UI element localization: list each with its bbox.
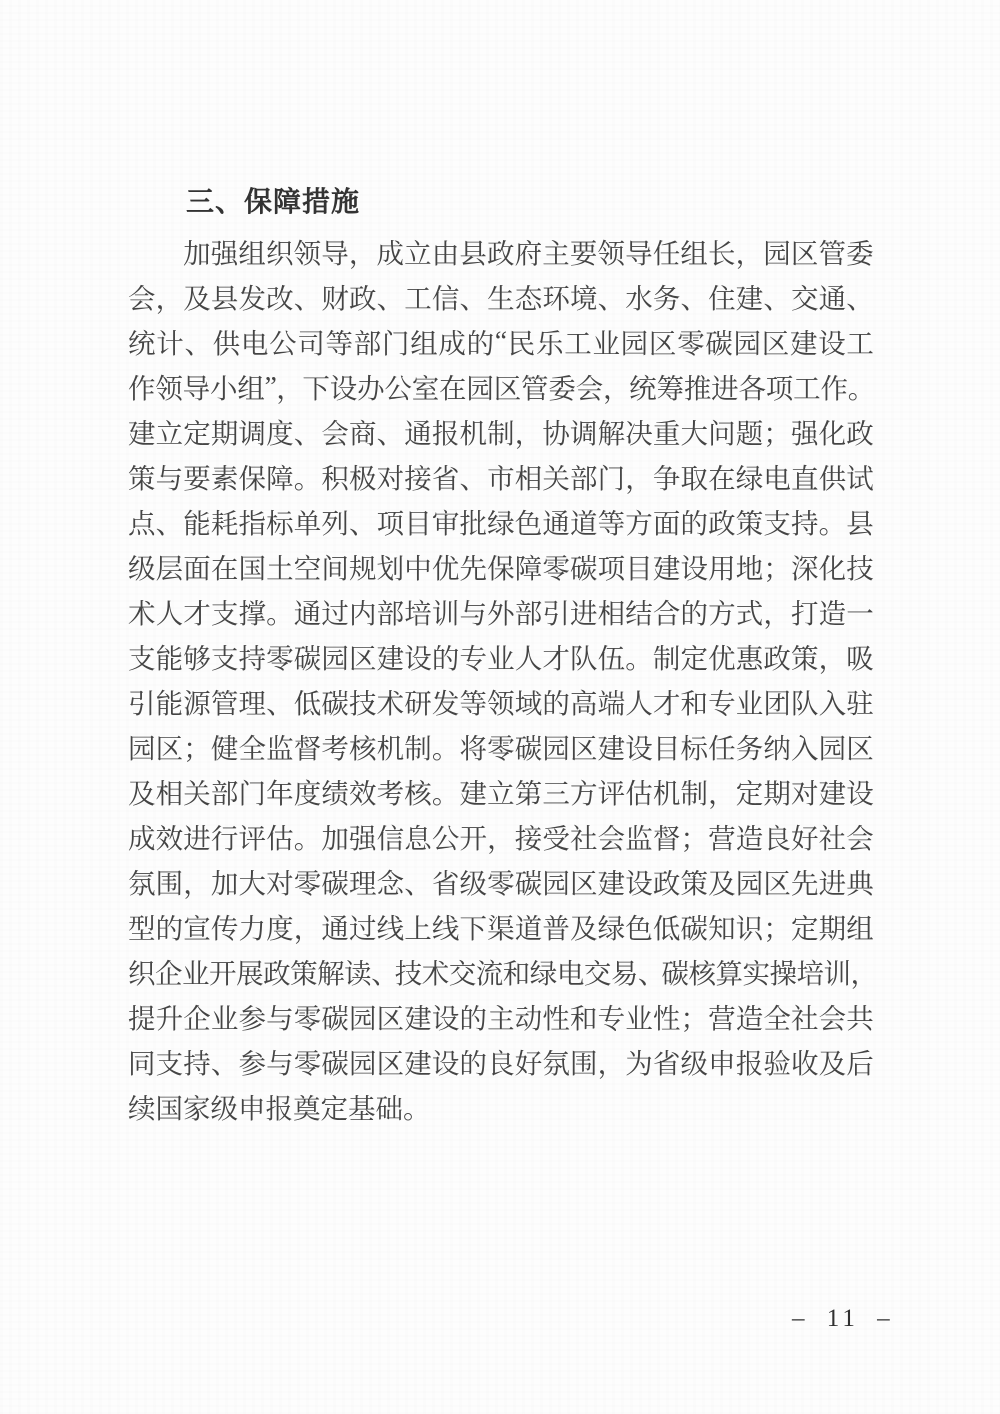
body-line: 续国家级申报奠定基础。	[128, 1083, 874, 1128]
body-line: 加强组织领导，成立由县政府主要领导任组长，园区管委	[128, 228, 874, 273]
body-line: 园区；健全监督考核机制。将零碳园区建设目标任务纳入园区	[128, 723, 874, 768]
body-line: 型的宣传力度，通过线上线下渠道普及绿色低碳知识；定期组	[128, 903, 874, 948]
body-line: 点、能耗指标单列、项目审批绿色通道等方面的政策支持。县	[128, 498, 874, 543]
body-line: 及相关部门年度绩效考核。建立第三方评估机制，定期对建设	[128, 768, 874, 813]
body-line: 会，及县发改、财政、工信、生态环境、水务、住建、交通、	[128, 273, 874, 318]
section-heading: 三、保障措施	[128, 186, 874, 228]
body-line: 术人才支撑。通过内部培训与外部引进相结合的方式，打造一	[128, 588, 874, 633]
body-line: 成效进行评估。加强信息公开，接受社会监督；营造良好社会	[128, 813, 874, 858]
document-content: 三、保障措施 加强组织领导，成立由县政府主要领导任组长，园区管委 会，及县发改、…	[128, 186, 874, 1128]
body-line: 提升企业参与零碳园区建设的主动性和专业性；营造全社会共	[128, 993, 874, 1038]
body-line: 级层面在国土空间规划中优先保障零碳项目建设用地；深化技	[128, 543, 874, 588]
body-line: 织企业开展政策解读、技术交流和绿电交易、碳核算实操培训，	[128, 948, 874, 993]
body-line: 建立定期调度、会商、通报机制，协调解决重大问题；强化政	[128, 408, 874, 453]
document-page: 三、保障措施 加强组织领导，成立由县政府主要领导任组长，园区管委 会，及县发改、…	[0, 0, 1000, 1414]
body-line: 作领导小组”，下设办公室在园区管委会，统筹推进各项工作。	[128, 363, 874, 408]
body-line: 统计、供电公司等部门组成的“民乐工业园区零碳园区建设工	[128, 318, 874, 363]
body-line: 引能源管理、低碳技术研发等领域的高端人才和专业团队入驻	[128, 678, 874, 723]
body-line: 支能够支持零碳园区建设的专业人才队伍。制定优惠政策，吸	[128, 633, 874, 678]
body-line: 氛围，加大对零碳理念、省级零碳园区建设政策及园区先进典	[128, 858, 874, 903]
body-line: 同支持、参与零碳园区建设的良好氛围，为省级申报验收及后	[128, 1038, 874, 1083]
page-number: – 11 –	[792, 1305, 894, 1333]
body-line: 策与要素保障。积极对接省、市相关部门，争取在绿电直供试	[128, 453, 874, 498]
